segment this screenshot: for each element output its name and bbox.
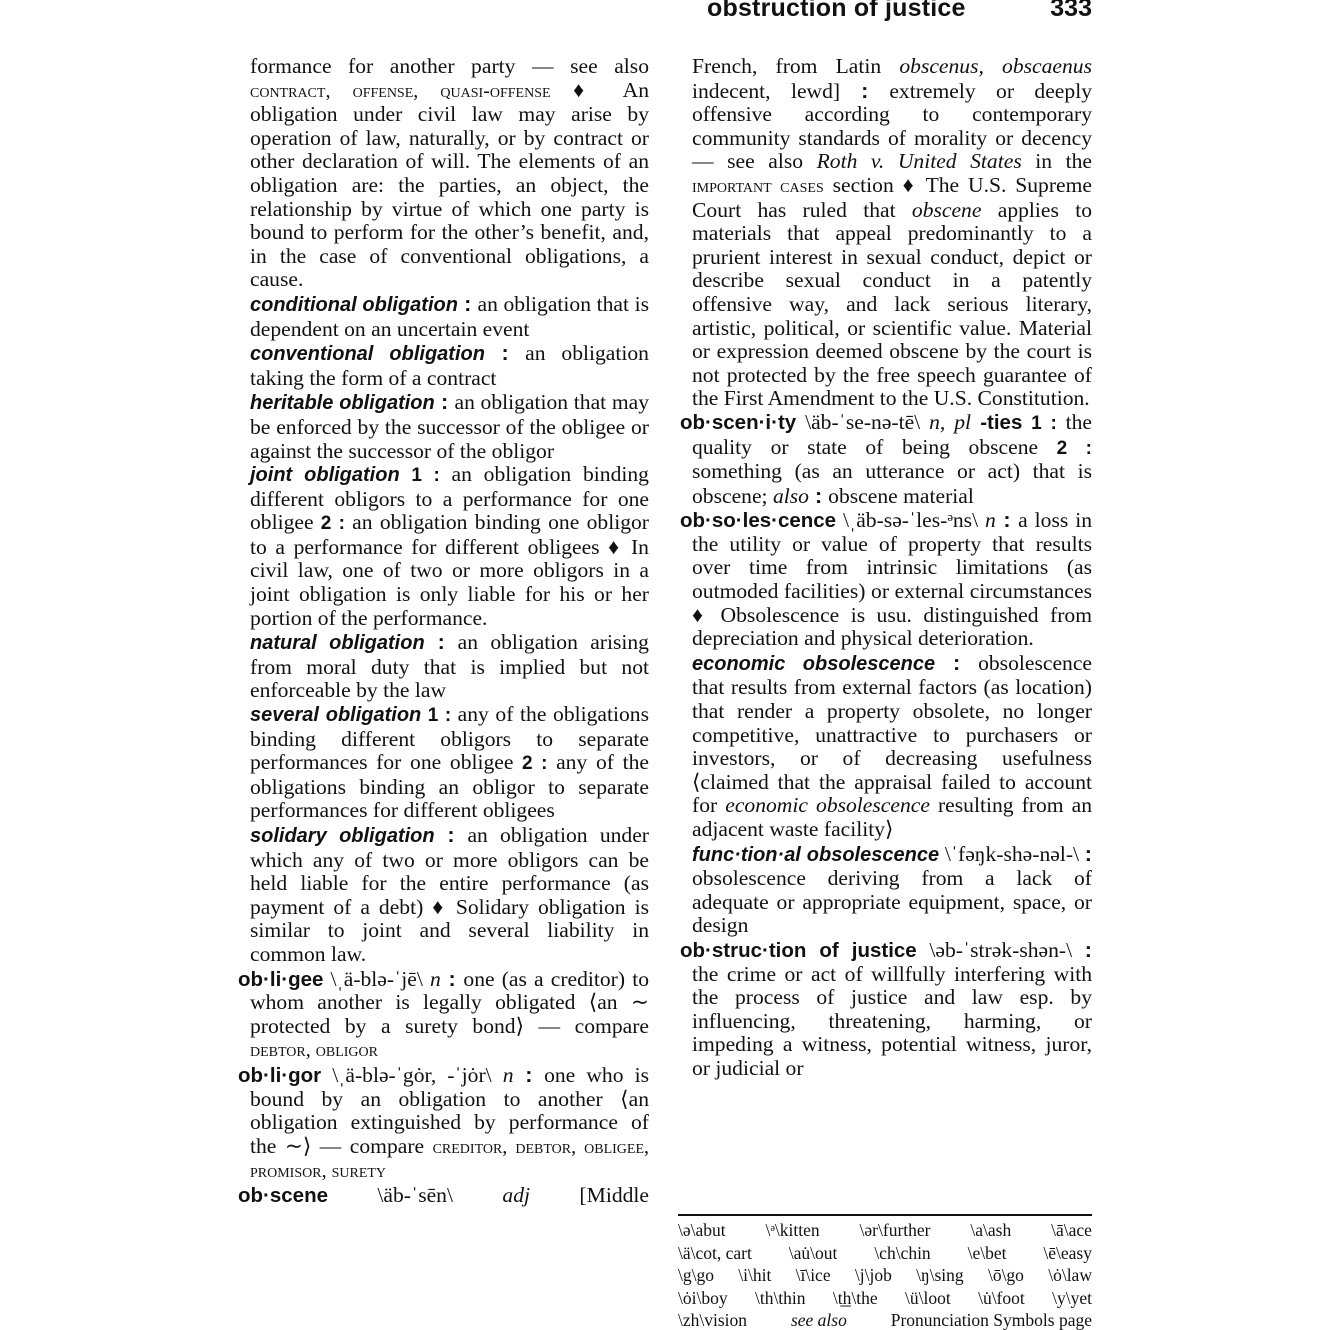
headword: ob·so·les·cence [680, 509, 836, 532]
subentry-joint-obligation: joint obligation 1 : an obligation bindi… [238, 463, 649, 630]
entry-obscenity: ob·scen·i·ty \äb-ˈse-nə-tē\ n, pl -ties … [680, 411, 1092, 508]
obligation-entry-continuation: formance for another party — see also co… [238, 55, 649, 292]
subentry-natural-obligation: natural obligation : an obligation arisi… [238, 630, 649, 703]
running-head: obstruction of justice [707, 0, 966, 23]
headword: ob·scene [238, 1184, 328, 1207]
part-of-speech: n [503, 1063, 514, 1087]
subentry-economic-obsolescence: economic obsolescence : obsolescence tha… [680, 651, 1092, 842]
entry-obligor: ob·li·gor \ˌä-blə-ˈgȯr, -ˈjȯr\ n : one w… [238, 1063, 649, 1184]
diamond-icon: ♦ [423, 895, 456, 919]
left-column: formance for another party — see also co… [238, 55, 649, 1208]
subentry-term: economic obsolescence [692, 653, 935, 675]
case-name: Roth v. United States [817, 149, 1022, 173]
headword: ob·li·gee [238, 968, 323, 991]
pronunciation-key-row: \zh\vision see also Pronunciation Symbol… [678, 1309, 1092, 1330]
entry-obligee: ob·li·gee \ˌä-blə-ˈjē\ n : one (as a cre… [238, 967, 649, 1063]
obscene-entry-continuation: French, from Latin obscenus, obscaenus i… [680, 55, 1092, 411]
cross-reference-section: important cases [692, 175, 824, 197]
diamond-icon: ♦ [692, 603, 721, 627]
pronunciation: \ˈfəŋk-shə-nəl-\ [939, 842, 1085, 866]
pronunciation-key-row: \ə\abut \ᵊ\kitten \ər\further \a\ash \ā\… [678, 1219, 1092, 1242]
headword: ob·scen·i·ty [680, 411, 796, 434]
pronunciation: \ˌä-blə-ˈjē\ [323, 967, 430, 991]
diamond-icon: ♦ [600, 535, 631, 559]
headword: ob·struc·tion of justice [680, 939, 917, 962]
right-column: French, from Latin obscenus, obscaenus i… [680, 55, 1092, 1081]
pronunciation: \ˌäb-sə-ˈles-ᵊns\ [836, 508, 985, 532]
entry-obstruction-of-justice: ob·struc·tion of justice \əb-ˈstrək-shən… [680, 938, 1092, 1081]
subentry-several-obligation: several obligation 1 : any of the obliga… [238, 703, 649, 823]
pronunciation-key-row: \ȯi\boy \th\thin \t͟h\the \ü\loot \u̇\fo… [678, 1287, 1092, 1310]
subentry-term: solidary obligation [250, 825, 435, 847]
diamond-icon: ♦ [551, 78, 623, 102]
entry-obsolescence: ob·so·les·cence \ˌäb-sə-ˈles-ᵊns\ n : a … [680, 508, 1092, 651]
pronunciation: \ˌä-blə-ˈgȯr, -ˈjȯr\ [321, 1063, 503, 1087]
pronunciation-key-row: \ä\cot, cart \au̇\out \ch\chin \e\bet \ē… [678, 1242, 1092, 1265]
part-of-speech: adj [502, 1183, 530, 1207]
subentry-functional-obsolescence: func·tion·al obsolescence \ˈfəŋk-shə-nəl… [680, 842, 1092, 938]
part-of-speech: n [985, 508, 996, 532]
subentry-term: natural obligation [250, 632, 425, 654]
subentry-conventional-obligation: conventional obligation : an obligation … [238, 341, 649, 390]
subentry-term: heritable obligation [250, 392, 435, 414]
subentry-term: conditional obligation [250, 294, 458, 316]
cross-references: contract, offense, quasi-offense [250, 80, 551, 102]
subentry-term: func·tion·al obsolescence [692, 844, 939, 866]
pronunciation: \äb-ˈse-nə-tē\ [796, 410, 929, 434]
pronunciation-symbols-reference: Pronunciation Symbols page [891, 1309, 1092, 1330]
subentry-term: conventional obligation [250, 343, 485, 365]
pronunciation: \əb-ˈstrək-shən-\ [917, 938, 1085, 962]
page-number: 333 [1050, 0, 1092, 23]
subentry-solidary-obligation: solidary obligation : an obligation unde… [238, 823, 649, 967]
subentry-term: several obligation [250, 704, 421, 726]
subentry-heritable-obligation: heritable obligation : an obligation tha… [238, 390, 649, 463]
entry-obscene-start: ob·scene \äb-ˈsēn\ adj [Middle [238, 1184, 649, 1208]
pronunciation-key: \ə\abut \ᵊ\kitten \ər\further \a\ash \ā\… [678, 1214, 1092, 1330]
part-of-speech: n, pl [929, 410, 971, 434]
part-of-speech: n [430, 967, 441, 991]
pronunciation: \äb-ˈsēn\ [328, 1183, 502, 1207]
headword: ob·li·gor [238, 1064, 321, 1087]
etymology: [Middle [530, 1183, 649, 1207]
subentry-term: joint obligation [250, 464, 400, 486]
subentry-conditional-obligation: conditional obligation : an obligation t… [238, 292, 649, 341]
page-header: obstruction of justice 333 [680, 0, 1092, 34]
pronunciation-key-row: \g\go \i\hit \ī\ice \j\job \ŋ\sing \ō\go… [678, 1264, 1092, 1287]
diamond-icon: ♦ [894, 173, 926, 197]
cross-references: debtor, obligor [250, 1039, 378, 1061]
